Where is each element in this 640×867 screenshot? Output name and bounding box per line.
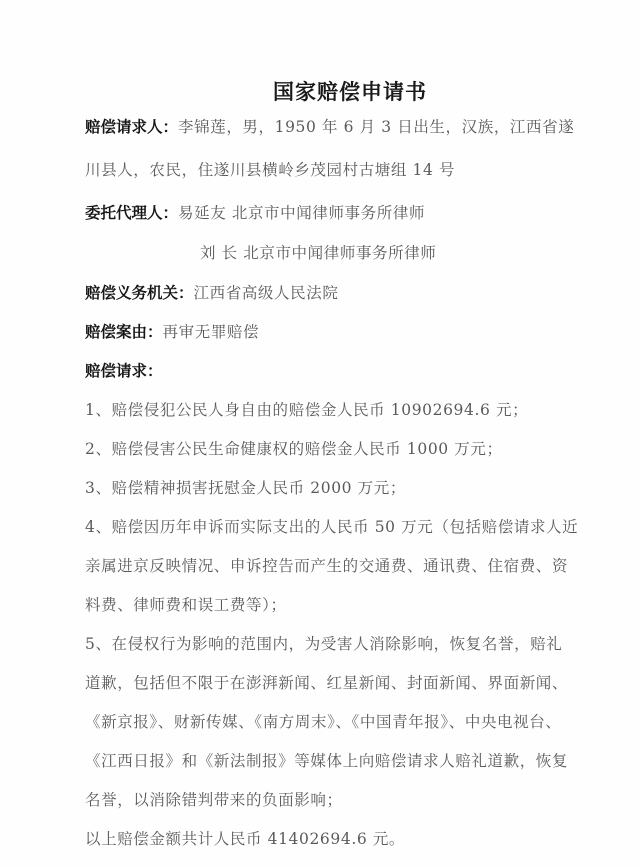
claimant-label: 赔偿请求人： (85, 118, 178, 136)
request-item-4-line-3: 料费、律师费和误工费等）； (85, 595, 615, 615)
claimant-line-1: 赔偿请求人：李锦莲，男，1950 年 6 月 3 日出生，汉族，江西省遂 (85, 117, 615, 137)
requests-label: 赔偿请求： (85, 362, 163, 380)
request-item-4-line-2: 亲属进京反映情况、申诉控告而产生的交通费、通讯费、住宿费、资 (85, 556, 615, 576)
request-item-3: 3、赔偿精神损害抚慰金人民币 2000 万元； (85, 478, 615, 498)
document-title: 国家赔偿申请书 (0, 76, 640, 106)
agent-line-2: 刘 长 北京市中闻律师事务所律师 (200, 243, 640, 263)
request-item-5-line-1: 5、在侵权行为影响的范围内，为受害人消除影响，恢复名誉，赔礼 (85, 634, 615, 654)
request-item-5-line-4: 《江西日报》和《新法制报》等媒体上向赔偿请求人赔礼道歉，恢复 (85, 751, 615, 771)
document-page: 国家赔偿申请书 赔偿请求人：李锦莲，男，1950 年 6 月 3 日出生，汉族，… (0, 0, 640, 867)
obligor-label: 赔偿义务机关： (85, 284, 194, 302)
request-item-4-line-1: 4、赔偿因历年申诉而实际支出的人民币 50 万元（包括赔偿请求人近 (85, 517, 615, 537)
obligor-line: 赔偿义务机关：江西省高级人民法院 (85, 283, 615, 303)
request-item-5-line-5: 名誉，以消除错判带来的负面影响； (85, 790, 615, 810)
requests-heading: 赔偿请求： (85, 361, 615, 381)
request-item-5-line-3: 《新京报》、财新传媒、《南方周末》、《中国青年报》、中央电视台、 (85, 712, 615, 732)
request-item-5-line-2: 道歉，包括但不限于在澎湃新闻、红星新闻、封面新闻、界面新闻、 (85, 673, 615, 693)
total-amount: 以上赔偿金额共计人民币 41402694.6 元。 (85, 829, 615, 849)
request-item-2: 2、赔偿侵害公民生命健康权的赔偿金人民币 1000 万元； (85, 439, 615, 459)
cause-value: 再审无罪赔偿 (163, 323, 260, 341)
obligor-value: 江西省高级人民法院 (194, 284, 339, 302)
agent-line-1: 委托代理人：易延友 北京市中闻律师事务所律师 (85, 203, 615, 223)
agent-label: 委托代理人： (85, 204, 178, 222)
cause-line: 赔偿案由：再审无罪赔偿 (85, 322, 615, 342)
claimant-value-1: 李锦莲，男，1950 年 6 月 3 日出生，汉族，江西省遂 (178, 118, 574, 136)
agent-value-1: 易延友 北京市中闻律师事务所律师 (178, 204, 425, 222)
request-item-1: 1、赔偿侵犯公民人身自由的赔偿金人民币 10902694.6 元； (85, 400, 615, 420)
cause-label: 赔偿案由： (85, 323, 163, 341)
claimant-line-2: 川县人，农民，住遂川县横岭乡茂园村古塘组 14 号 (85, 160, 615, 180)
